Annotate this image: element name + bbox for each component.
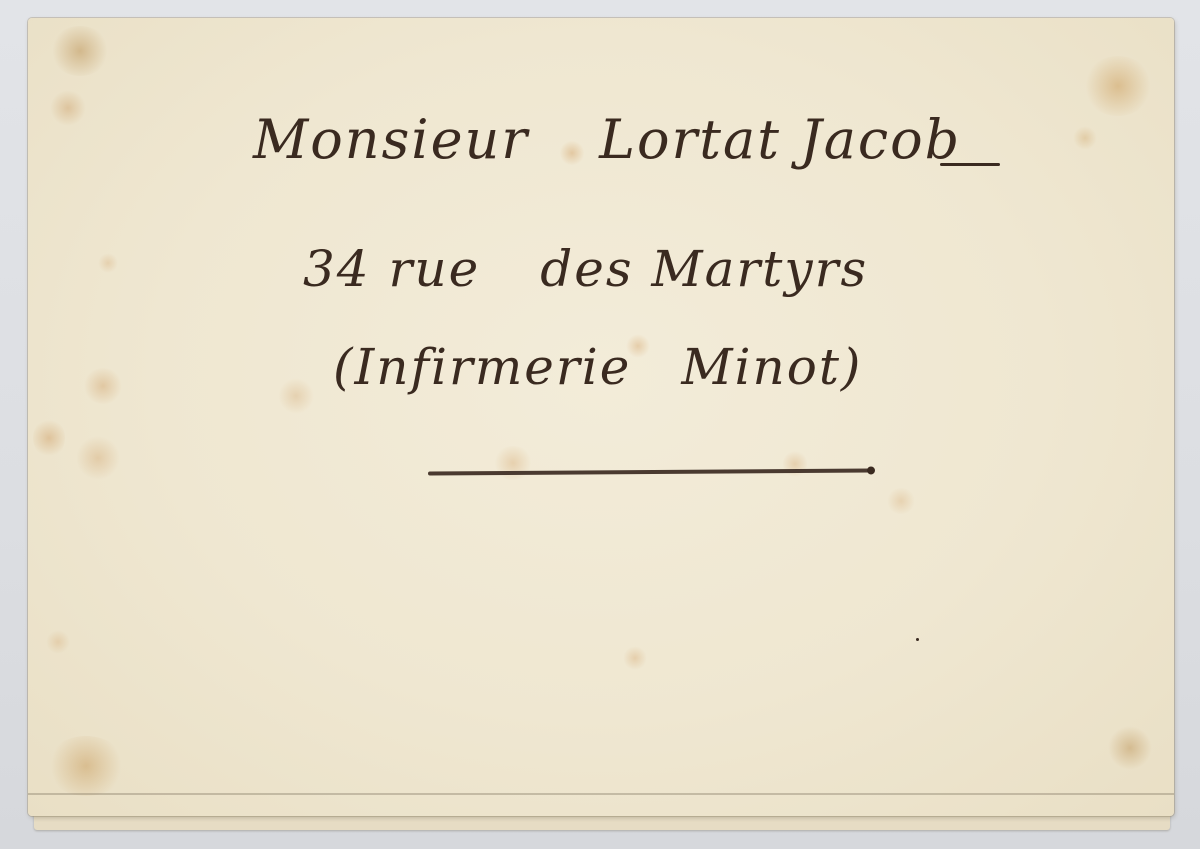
stain	[886, 488, 916, 514]
street-name: des Martyrs	[540, 240, 868, 298]
stain	[1083, 56, 1153, 116]
stain	[33, 418, 65, 458]
envelope-paper: MonsieurLortat Jacob 34 ruedes Martyrs (…	[28, 18, 1174, 816]
stain	[76, 436, 120, 480]
stain	[1108, 726, 1152, 770]
stain	[50, 90, 86, 126]
stain	[278, 378, 314, 414]
institution-word-2: Minot)	[681, 338, 862, 396]
stain	[83, 368, 123, 404]
recipient-name: Lortat Jacob	[599, 108, 961, 171]
stain	[623, 646, 647, 670]
flourish-stroke	[940, 163, 1000, 166]
stain	[46, 630, 70, 654]
underline-stroke	[428, 468, 872, 475]
stain	[783, 450, 807, 478]
street-number: 34 rue	[303, 240, 480, 298]
ink-dot	[916, 638, 919, 641]
address-line-street: 34 ruedes Martyrs	[303, 240, 868, 298]
stain	[50, 26, 110, 76]
stain	[1073, 126, 1097, 150]
stain	[46, 736, 126, 796]
institution-word-1: (Infirmerie	[333, 338, 631, 396]
address-line-institution: (InfirmerieMinot)	[333, 338, 862, 396]
salutation: Monsieur	[253, 108, 529, 171]
address-line-recipient: MonsieurLortat Jacob	[253, 108, 961, 171]
stain	[98, 253, 118, 273]
fold-line	[28, 793, 1174, 795]
